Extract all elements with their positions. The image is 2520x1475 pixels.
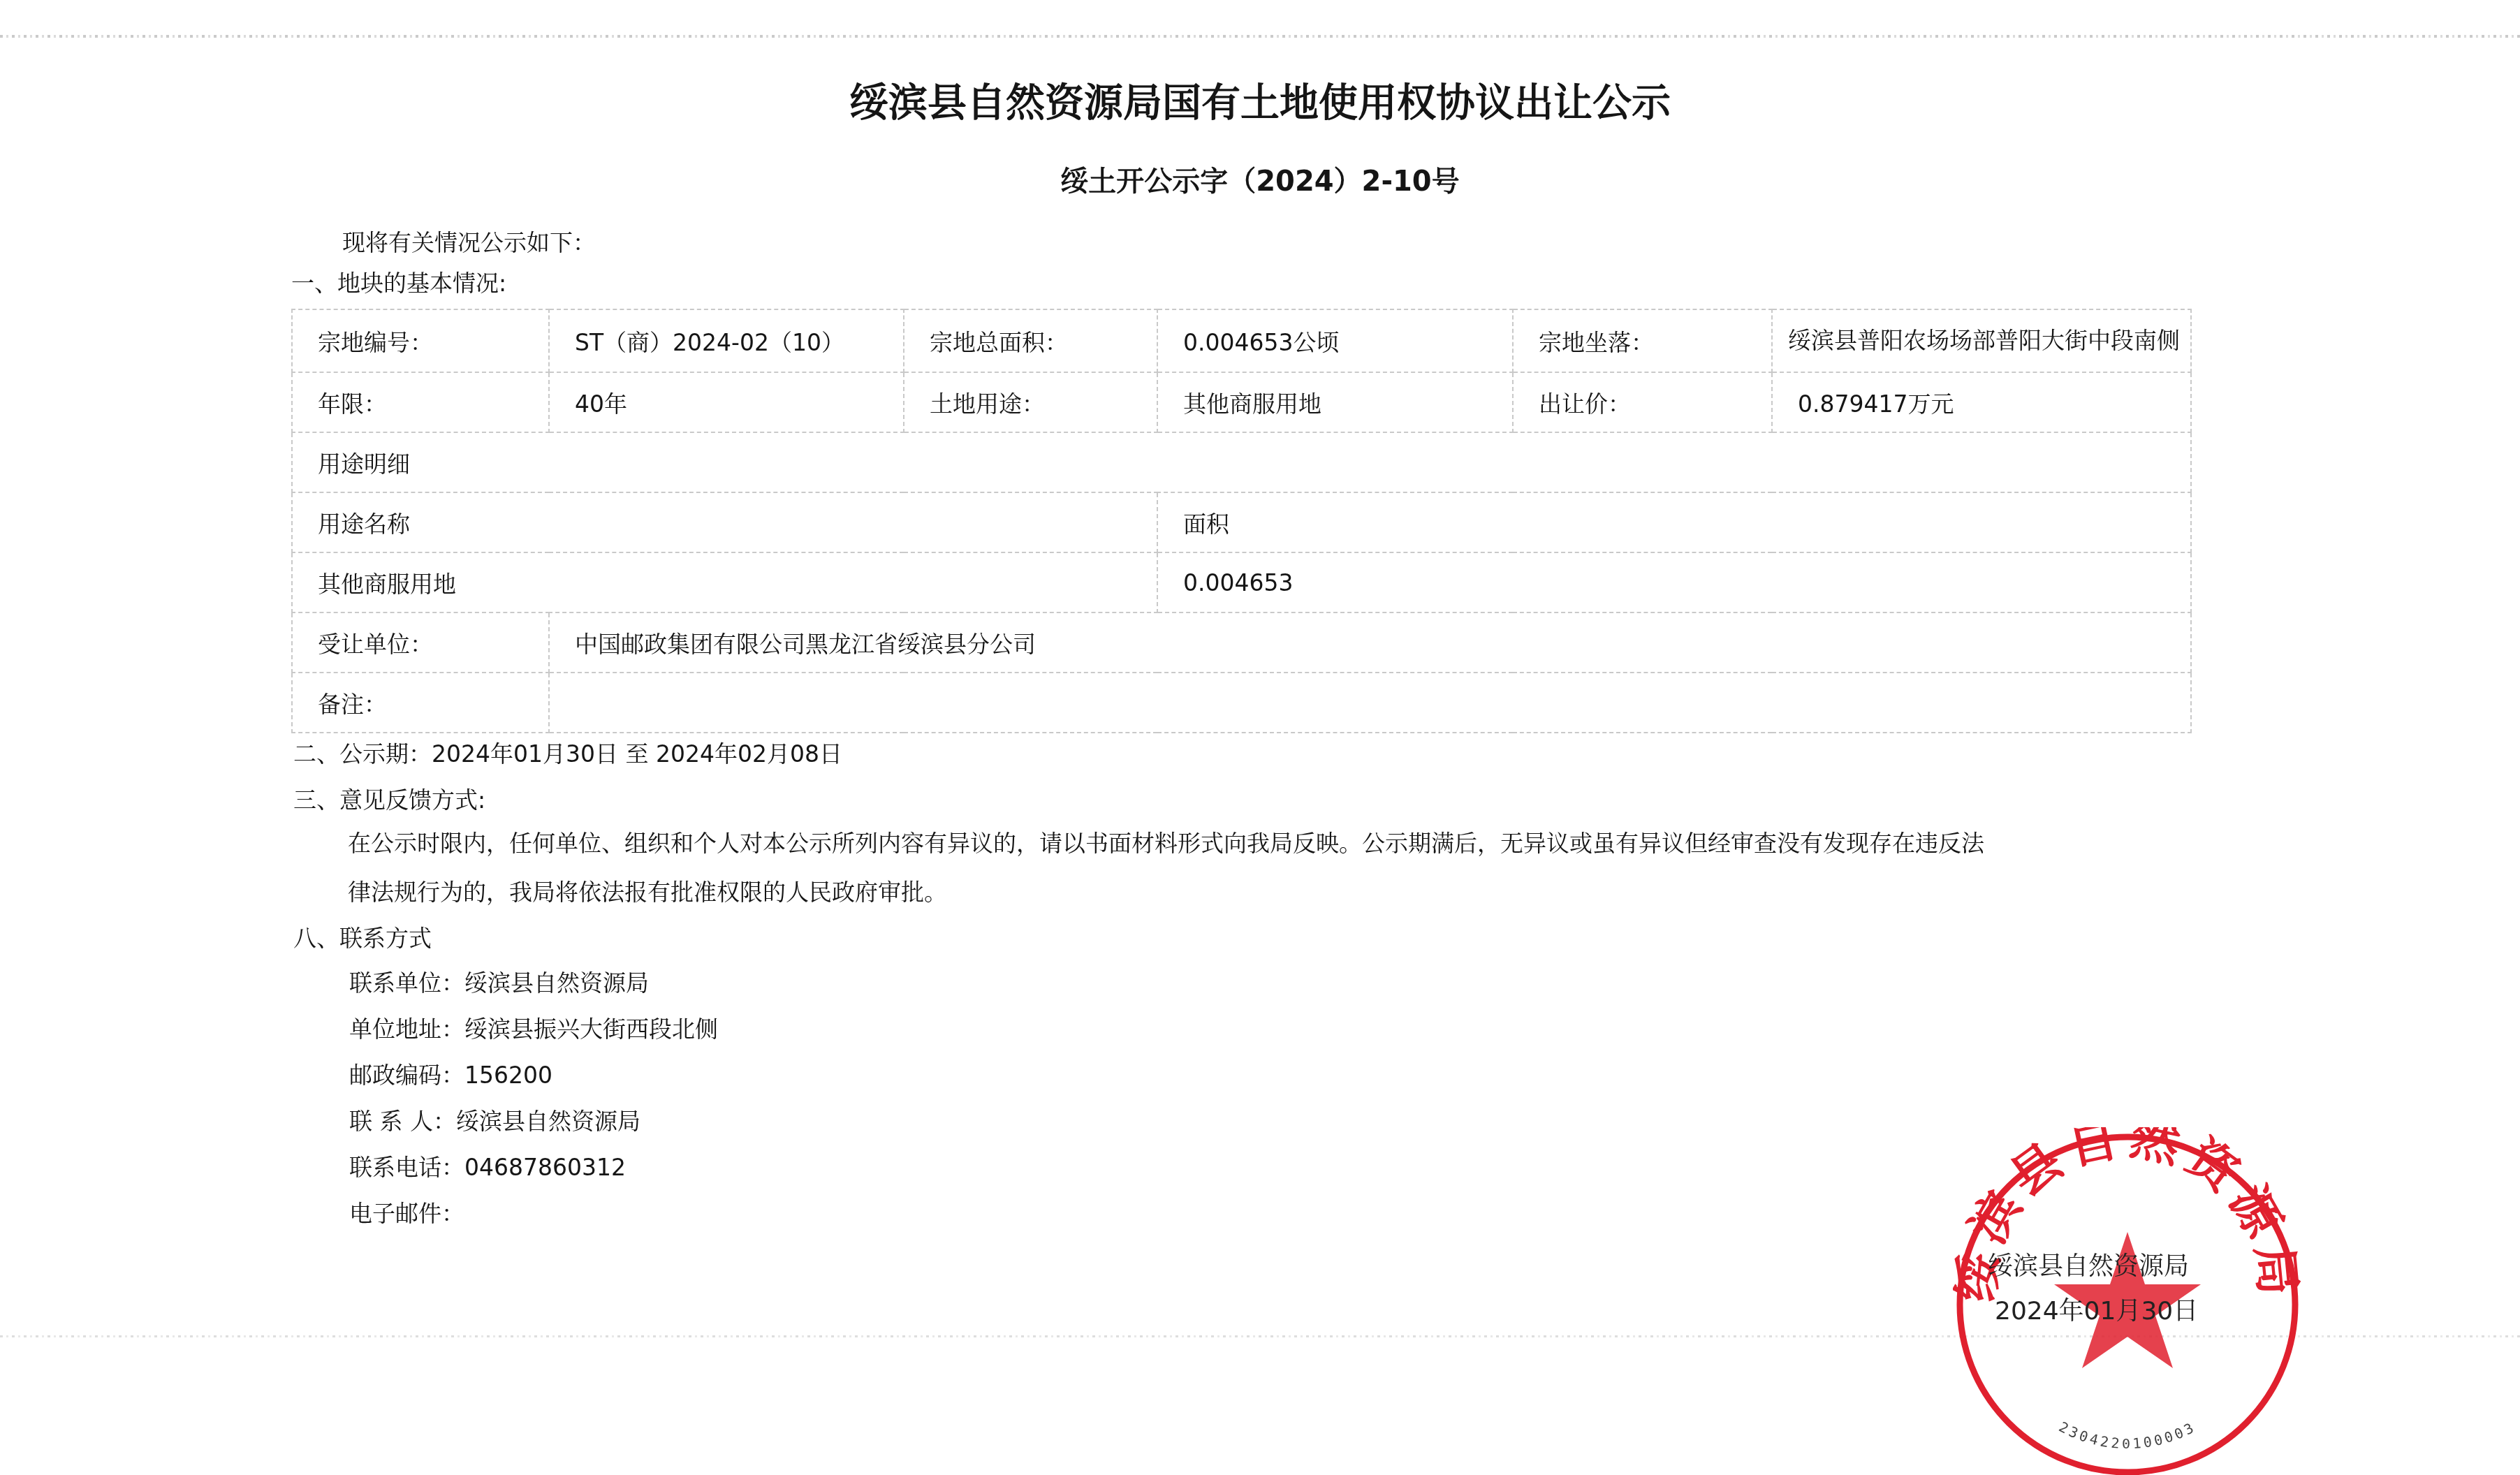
contact-phone: 联系电话：04687860312 (349, 1152, 626, 1183)
usage-name-header: 用途名称 (292, 492, 1157, 552)
section-3-body-line-2: 律法规行为的，我局将依法报有批准权限的人民政府审批。 (348, 877, 947, 908)
contact-person: 联 系 人：绥滨县自然资源局 (349, 1106, 640, 1137)
table-row: 受让单位： 中国邮政集团有限公司黑龙江省绥滨县分公司 (292, 612, 2191, 673)
contact-unit: 联系单位：绥滨县自然资源局 (349, 968, 649, 999)
section-3-body-line-1: 在公示时限内，任何单位、组织和个人对本公示所列内容有异议的，请以书面材料形式向我… (348, 828, 1984, 859)
remarks-value (549, 673, 2191, 733)
table-row: 用途明细 (292, 432, 2191, 492)
scan-artifact-line (0, 35, 2520, 38)
parcel-number-value: ST（商）2024-02（10） (549, 309, 904, 372)
contact-person-value: 绥滨县自然资源局 (456, 1108, 640, 1135)
contact-phone-value: 04687860312 (464, 1154, 626, 1181)
contact-phone-label: 联系电话： (349, 1154, 464, 1181)
term-label: 年限： (292, 372, 549, 432)
term-value: 40年 (549, 372, 904, 432)
price-label: 出让价： (1513, 372, 1772, 432)
seal-signer: 绥滨县自然资源局 (1988, 1253, 2189, 1281)
contact-address-value: 绥滨县振兴大街西段北侧 (464, 1015, 718, 1043)
parcel-info-table: 宗地编号： ST（商）2024-02（10） 宗地总面积： 0.004653公顷… (291, 309, 2192, 733)
land-use-label: 土地用途： (904, 372, 1157, 432)
total-area-label: 宗地总面积： (904, 309, 1157, 372)
land-use-value: 其他商服用地 (1157, 372, 1513, 432)
table-row: 年限： 40年 土地用途： 其他商服用地 出让价： 0.879417万元 (292, 372, 2191, 432)
contact-postcode-value: 156200 (464, 1062, 552, 1089)
contact-person-label: 联 系 人： (349, 1108, 456, 1135)
table-row: 宗地编号： ST（商）2024-02（10） 宗地总面积： 0.004653公顷… (292, 309, 2191, 372)
location-value: 绥滨县普阳农场场部普阳大街中段南侧 (1772, 309, 2191, 372)
remarks-label: 备注： (292, 673, 549, 733)
contact-postcode-label: 邮政编码： (349, 1062, 464, 1089)
parcel-number-label: 宗地编号： (292, 309, 549, 372)
section-2-publication-period: 二、公示期：2024年01月30日 至 2024年02月08日 (293, 739, 842, 770)
section-8-heading: 八、联系方式 (293, 923, 432, 954)
usage-area-cell: 0.004653 (1157, 552, 2191, 612)
document-title: 绥滨县自然资源局国有土地使用权协议出让公示 (0, 75, 2520, 131)
usage-detail-label: 用途明细 (292, 432, 2191, 492)
seal-date: 2024年01月30日 (1995, 1298, 2198, 1326)
location-label: 宗地坐落： (1513, 309, 1772, 372)
document-number: 绥土开公示字（2024）2-10号 (0, 161, 2520, 203)
transferee-label: 受让单位： (292, 612, 549, 673)
contact-unit-value: 绥滨县自然资源局 (464, 969, 649, 997)
total-area-value: 0.004653公顷 (1157, 309, 1513, 372)
contact-postcode: 邮政编码：156200 (349, 1060, 552, 1091)
contact-email-label: 电子邮件： (349, 1200, 464, 1227)
intro-text: 现将有关情况公示如下： (342, 228, 596, 258)
table-row: 用途名称 面积 (292, 492, 2191, 552)
contact-email: 电子邮件： (349, 1198, 464, 1229)
table-row: 备注： (292, 673, 2191, 733)
usage-area-header: 面积 (1157, 492, 2191, 552)
section-3-heading: 三、意见反馈方式: (293, 785, 485, 816)
table-row: 其他商服用地 0.004653 (292, 552, 2191, 612)
usage-name-cell: 其他商服用地 (292, 552, 1157, 612)
official-seal: 绥滨县自然资源局 2304220100003 绥滨县自然资源局 2024年01月… (1953, 1127, 2302, 1475)
price-value: 0.879417万元 (1772, 372, 2191, 432)
svg-text:2304220100003: 2304220100003 (2056, 1418, 2199, 1452)
transferee-value: 中国邮政集团有限公司黑龙江省绥滨县分公司 (549, 612, 2191, 673)
contact-address: 单位地址：绥滨县振兴大街西段北侧 (349, 1014, 718, 1045)
contact-address-label: 单位地址： (349, 1015, 464, 1043)
section-1-heading: 一、地块的基本情况: (291, 268, 506, 299)
contact-unit-label: 联系单位： (349, 969, 464, 997)
